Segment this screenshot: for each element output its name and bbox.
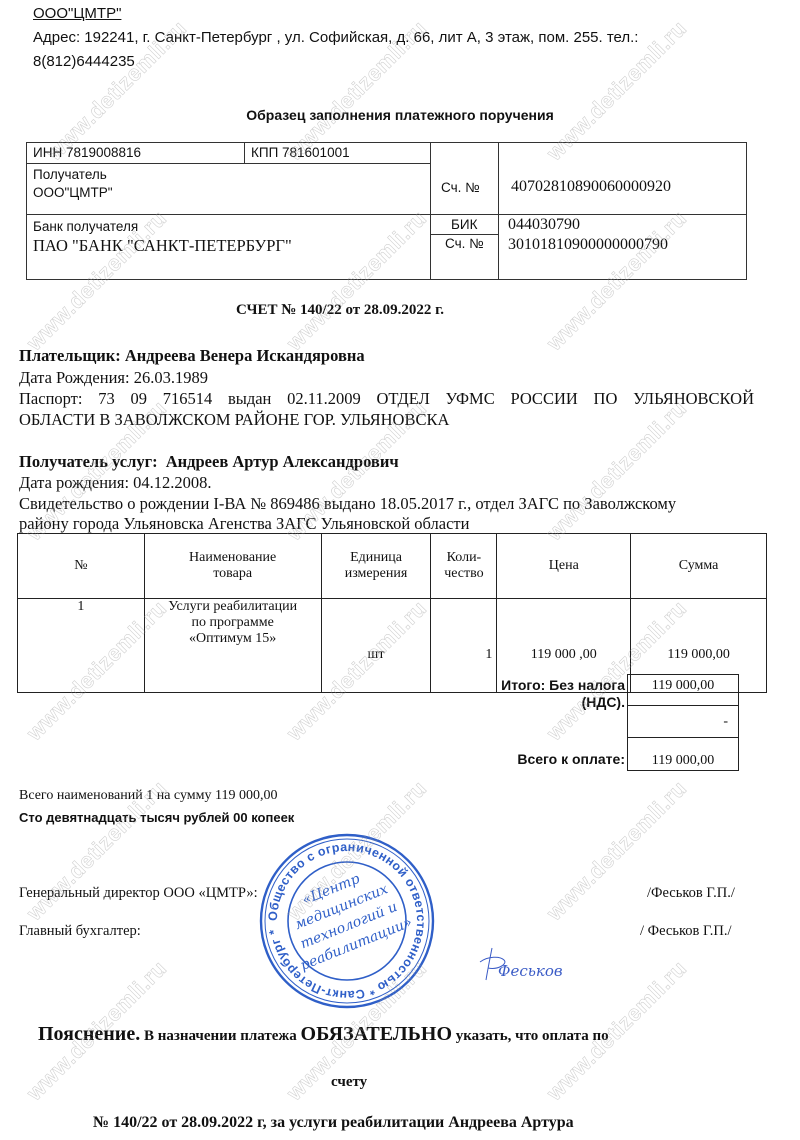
items-table: № Наименованиетовара Единицаизмерения Ко… — [17, 533, 767, 693]
bank-details-table: ИНН 7819008816 КПП 781601001 Получатель … — [26, 142, 747, 280]
amount-in-words: Сто девятнадцать тысяч рублей 00 копеек — [19, 810, 294, 825]
payment-note: Пояснение. В назначении платежа ОБЯЗАТЕЛ… — [38, 1023, 609, 1046]
service-recipient-label: Получатель услуг: — [19, 452, 158, 471]
bank-name: ПАО "БАНК "САНКТ-ПЕТЕРБУРГ" — [33, 236, 292, 256]
corr-account-number: 30101810900000000790 — [508, 236, 668, 254]
accountant-name: / Феськов Г.П./ — [640, 923, 731, 940]
header-qty: Коли-чество — [431, 534, 497, 599]
header-name: Наименованиетовара — [144, 534, 321, 599]
subtotal-label: Итого: Без налога (НДС). — [380, 677, 625, 711]
certificate-line1: Свидетельство о рождении I-ВА № 869486 в… — [19, 494, 676, 514]
items-count-line: Всего наименований 1 на сумму 119 000,00 — [19, 788, 277, 804]
recipient-label: Получатель — [33, 167, 107, 182]
recipient-name: ООО"ЦМТР" — [33, 185, 113, 200]
watermark-text: www.detizemli.ru — [542, 395, 693, 546]
account-label: Сч. № — [441, 180, 480, 195]
bik-label: БИК — [451, 217, 477, 232]
vat-value: - — [627, 705, 739, 738]
service-recipient-name: Андреев Артур Александрович — [166, 452, 399, 471]
payment-sample-title: Образец заполнения платежного поручения — [0, 107, 800, 123]
payer-passport-line2: ОБЛАСТИ В ЗАВОЛЖСКОМ РАЙОНЕ ГОР. УЛЬЯНОВ… — [19, 410, 449, 430]
corr-account-label: Сч. № — [445, 236, 484, 251]
director-name: /Феськов Г.П./ — [647, 885, 735, 902]
header-unit: Единицаизмерения — [321, 534, 431, 599]
service-recipient-birth-date: Дата рождения: 04.12.2008. — [19, 473, 212, 493]
accountant-label: Главный бухгалтер: — [19, 923, 141, 940]
header-price: Цена — [497, 534, 631, 599]
total-label: Всего к оплате: — [380, 751, 625, 767]
kpp-value: КПП 781601001 — [251, 145, 350, 160]
payer-heading: Плательщик: Андреева Венера Искандяровна — [19, 346, 365, 366]
invoice-title: СЧЕТ № 140/22 от 28.09.2022 г. — [0, 302, 680, 319]
watermark-text: www.detizemli.ru — [542, 775, 693, 926]
inn-value: ИНН 7819008816 — [33, 145, 141, 160]
total-value: 119 000,00 — [627, 737, 739, 771]
bik-value: 044030790 — [508, 216, 580, 234]
row-name: Услуги реабилитациипо программе«Оптимум … — [144, 599, 321, 693]
payer-passport-line1: Паспорт: 73 09 716514 выдан 02.11.2009 О… — [19, 389, 754, 409]
company-name: ООО"ЦМТР" — [33, 5, 121, 22]
payer-birth-date: Дата Рождения: 26.03.1989 — [19, 368, 208, 388]
subtotal-value: 119 000,00 — [627, 674, 739, 706]
service-recipient-heading: Получатель услуг: Андреев Артур Александ… — [19, 452, 399, 472]
company-phone: 8(812)6444235 — [33, 53, 135, 70]
note-lead: Пояснение. — [38, 1023, 140, 1045]
note-emphasis: ОБЯЗАТЕЛЬНО — [301, 1023, 452, 1045]
certificate-line2: району города Ульяновска Агенства ЗАГС У… — [19, 514, 469, 534]
row-num: 1 — [18, 599, 145, 693]
svg-text:Феськов: Феськов — [498, 962, 563, 980]
account-number: 40702810890060000920 — [511, 178, 671, 196]
handwritten-signature: Феськов — [478, 946, 578, 986]
note-line2: счету — [331, 1074, 367, 1091]
header-num: № — [18, 534, 145, 599]
company-stamp: Общество с ограниченной ответственностью… — [258, 832, 436, 1010]
note-line3: № 140/22 от 28.09.2022 г, за услуги реаб… — [93, 1114, 574, 1132]
items-table-header: № Наименованиетовара Единицаизмерения Ко… — [18, 534, 767, 599]
director-label: Генеральный директор ООО «ЦМТР»: — [19, 885, 258, 902]
company-address: Адрес: 192241, г. Санкт-Петербург , ул. … — [33, 29, 638, 46]
header-sum: Сумма — [631, 534, 767, 599]
bank-label: Банк получателя — [33, 219, 138, 234]
